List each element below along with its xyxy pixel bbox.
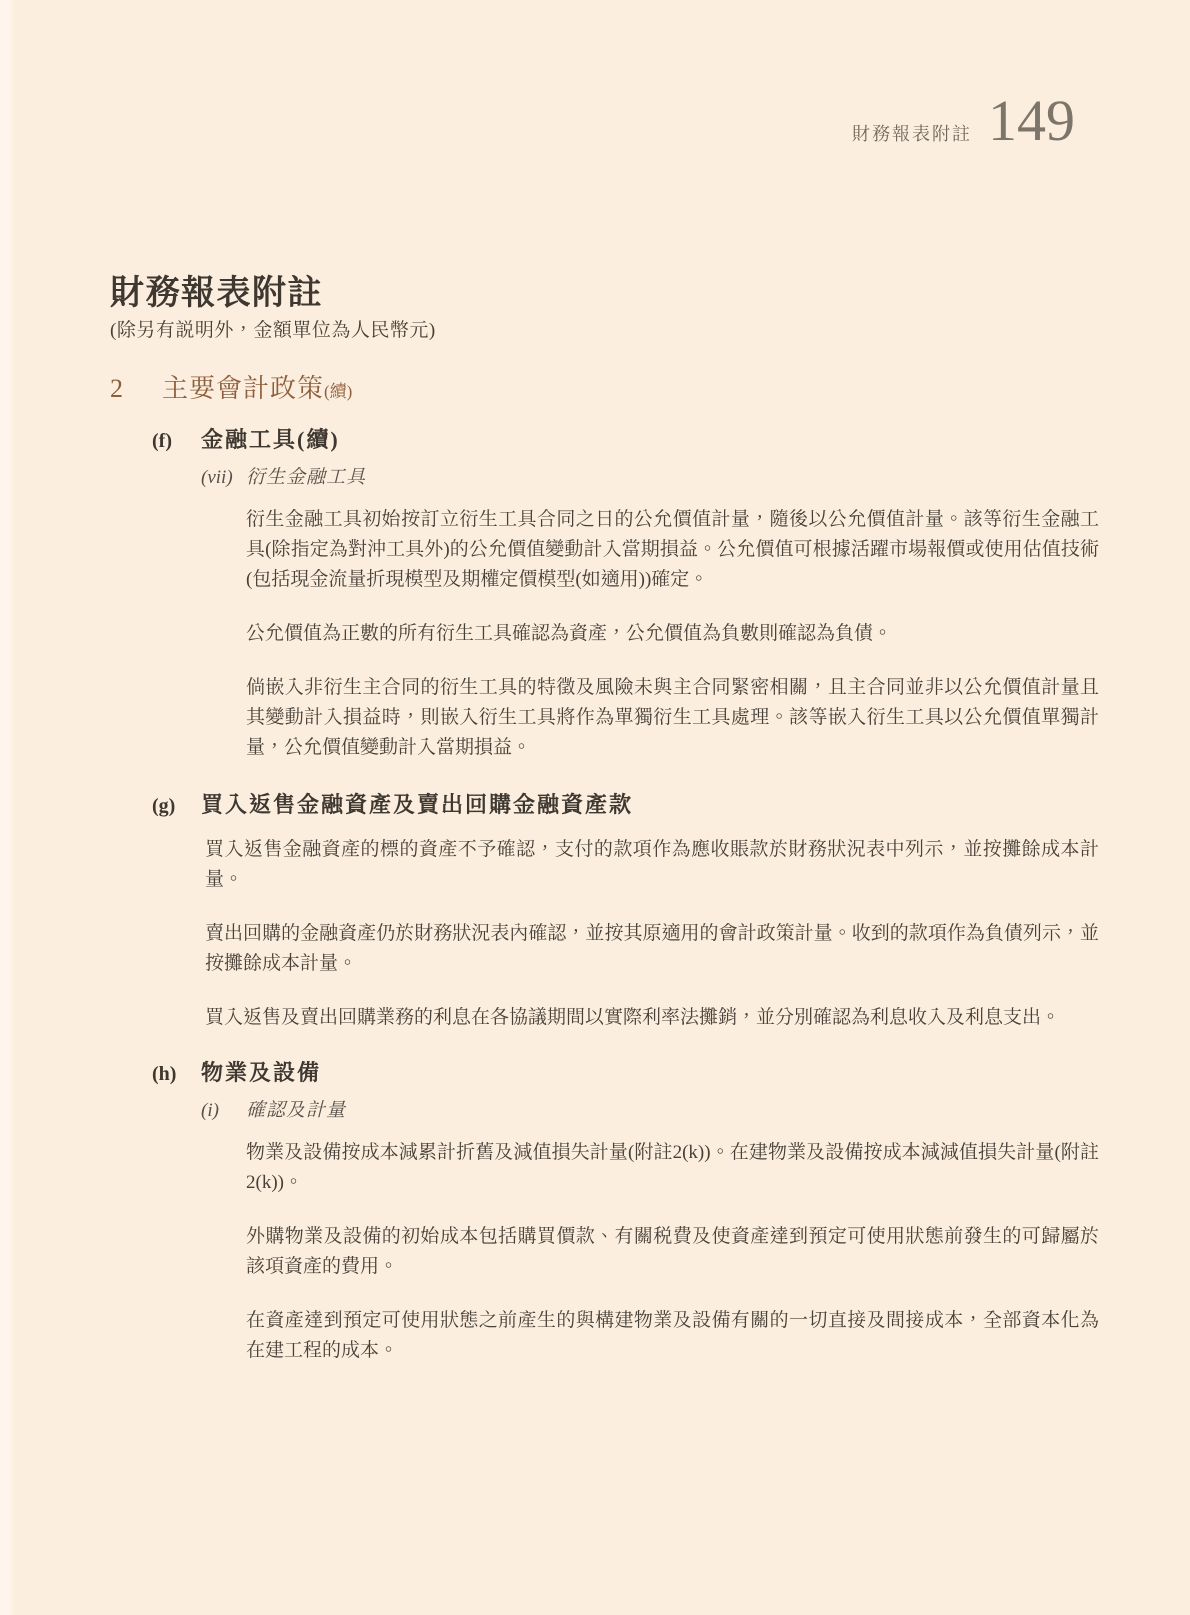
subsection-h-property-equipment: (h) 物業及設備 (i) 確認及計量 物業及設備按成本減累計折舊及減值損失計量… xyxy=(152,1059,1099,1366)
clause-vii-label: (vii) xyxy=(201,466,246,491)
paragraph: 賣出回購的金融資產仍於財務狀況表內確認，並按其原適用的會計政策計量。收到的款項作… xyxy=(205,919,1099,979)
clause-i-title: 確認及計量 xyxy=(246,1099,346,1124)
clause-i-recognition-measurement: (i) 確認及計量 物業及設備按成本減累計折舊及減值損失計量(附註2(k))。在… xyxy=(201,1099,1099,1366)
subsection-f-heading: (f) 金融工具(續) xyxy=(152,426,1099,455)
paragraph: 公允價值為正數的所有衍生工具確認為資產，公允價值為負數則確認為負債。 xyxy=(246,619,1099,649)
subsection-h-title: 物業及設備 xyxy=(201,1059,321,1088)
clause-vii-derivatives: (vii) 衍生金融工具 衍生金融工具初始按訂立衍生工具合同之日的公允價值計量，… xyxy=(201,466,1099,763)
page-title: 財務報表附註 xyxy=(110,275,1099,312)
subsection-g-label: (g) xyxy=(152,793,201,819)
subsection-g-repo-reverse-repo: (g) 買入返售金融資產及賣出回購金融資產款 買入返售金融資產的標的資產不予確認… xyxy=(152,791,1099,1033)
paragraph: 在資產達到預定可使用狀態之前產生的與構建物業及設備有關的一切直接及間接成本，全部… xyxy=(246,1306,1099,1366)
section-continued-suffix: (續) xyxy=(324,382,352,401)
subsection-g-heading: (g) 買入返售金融資產及賣出回購金融資產款 xyxy=(152,791,1099,820)
page-content: 財務報表附註 149 財務報表附註 (除另有説明外，金額單位為人民幣元) 2 主… xyxy=(0,0,1190,1366)
paragraph: 衍生金融工具初始按訂立衍生工具合同之日的公允價值計量，隨後以公允價值計量。該等衍… xyxy=(246,505,1099,595)
paragraph: 買入返售金融資產的標的資產不予確認，支付的款項作為應收賬款於財務狀況表中列示，並… xyxy=(205,835,1099,895)
clause-vii-body: 衍生金融工具初始按訂立衍生工具合同之日的公允價值計量，隨後以公允價值計量。該等衍… xyxy=(246,505,1099,763)
header-section-label: 財務報表附註 xyxy=(852,120,972,146)
clause-vii-title: 衍生金融工具 xyxy=(246,466,366,491)
subsection-f-financial-instruments: (f) 金融工具(續) (vii) 衍生金融工具 衍生金融工具初始按訂立衍生工具… xyxy=(152,426,1099,763)
subsection-g-title: 買入返售金融資產及賣出回購金融資產款 xyxy=(201,791,633,820)
clause-vii-heading: (vii) 衍生金融工具 xyxy=(201,466,1099,491)
subsection-h-label: (h) xyxy=(152,1061,201,1087)
section-title: 主要會計政策(續) xyxy=(162,373,352,406)
subsection-f-label: (f) xyxy=(152,428,201,454)
paragraph: 外購物業及設備的初始成本包括購買價款、有關税費及使資產達到預定可使用狀態前發生的… xyxy=(246,1222,1099,1282)
paragraph: 買入返售及賣出回購業務的利息在各協議期間以實際利率法攤銷，並分別確認為利息收入及… xyxy=(205,1003,1099,1033)
page-header: 財務報表附註 149 xyxy=(110,0,1075,150)
paragraph: 物業及設備按成本減累計折舊及減值損失計量(附註2(k))。在建物業及設備按成本減… xyxy=(246,1138,1099,1198)
section-number: 2 xyxy=(110,373,162,406)
subsection-f-title: 金融工具(續) xyxy=(201,426,340,455)
section-heading-accounting-policies: 2 主要會計政策(續) xyxy=(110,373,1099,406)
subsection-g-body: 買入返售金融資產的標的資產不予確認，支付的款項作為應收賬款於財務狀況表中列示，並… xyxy=(205,835,1099,1033)
clause-i-label: (i) xyxy=(201,1099,246,1124)
section-title-text: 主要會計政策 xyxy=(162,374,324,403)
page-subtitle: (除另有説明外，金額單位為人民幣元) xyxy=(110,320,1099,343)
document-page: 財務報表附註 149 財務報表附註 (除另有説明外，金額單位為人民幣元) 2 主… xyxy=(0,0,1190,1615)
subsection-h-heading: (h) 物業及設備 xyxy=(152,1059,1099,1088)
header-page-number: 149 xyxy=(988,92,1075,150)
clause-i-heading: (i) 確認及計量 xyxy=(201,1099,1099,1124)
paragraph: 倘嵌入非衍生主合同的衍生工具的特徵及風險未與主合同緊密相關，且主合同並非以公允價… xyxy=(246,673,1099,763)
clause-i-body: 物業及設備按成本減累計折舊及減值損失計量(附註2(k))。在建物業及設備按成本減… xyxy=(246,1138,1099,1366)
